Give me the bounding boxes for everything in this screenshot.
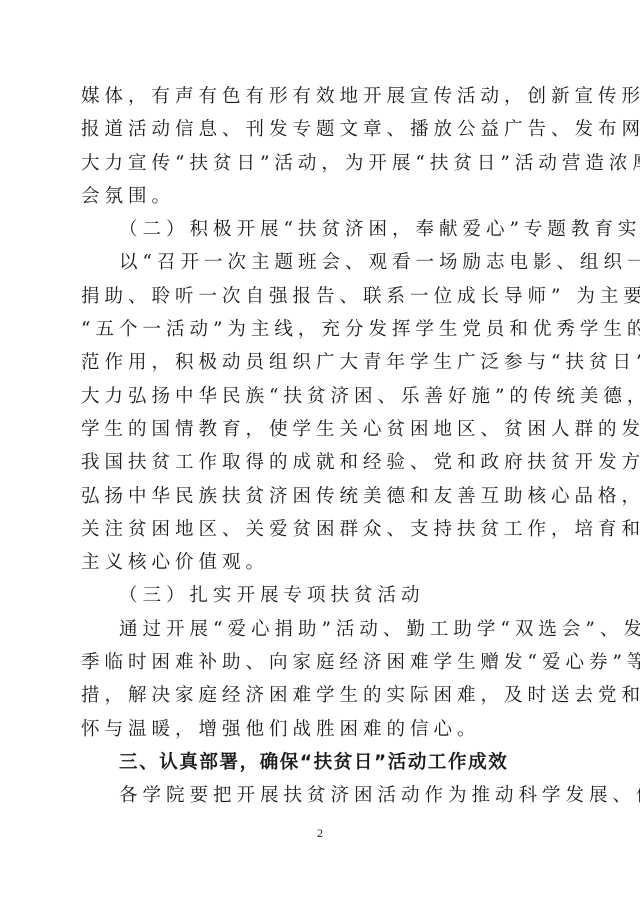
text-line: 关注贫困地区、关爱贫困群众、支持扶贫工作，培育和践行社会 [81, 513, 563, 546]
text-line: 通过开展“爱心捐助”活动、勤工助学“双选会”、发放秋 [81, 613, 563, 646]
text-line: 主义核心价值观。 [81, 546, 563, 579]
document-page: 媒体，有声有色有形有效地开展宣传活动，创新宣传形式，通过 报道活动信息、刊发专题… [0, 0, 640, 905]
text-line: 怀与温暖，增强他们战胜困难的信心。 [81, 713, 563, 746]
subheading-special-poverty-activity: （三）扎实开展专项扶贫活动 [81, 579, 563, 612]
text-line: 大力宣传“扶贫日”活动，为开展“扶贫日”活动营造浓厚的社 [81, 147, 563, 180]
paragraph-five-ones: 以“召开一次主题班会、观看一场励志电影、组织一次爱心 捐助、聆听一次自强报告、联… [81, 246, 563, 579]
text-line: 学生的国情教育，使学生关心贫困地区、贫困人群的发展，了解 [81, 413, 563, 446]
section-heading-deployment: 三、认真部署，确保“扶贫日”活动工作成效 [81, 746, 563, 779]
paragraph-publicity-continuation: 媒体，有声有色有形有效地开展宣传活动，创新宣传形式，通过 报道活动信息、刊发专题… [81, 80, 563, 213]
document-body: 媒体，有声有色有形有效地开展宣传活动，创新宣传形式，通过 报道活动信息、刊发专题… [81, 80, 563, 813]
text-line: 报道活动信息、刊发专题文章、播放公益广告、发布网络资料等， [81, 113, 563, 146]
paragraph-college-requirements: 各学院要把开展扶贫济困活动作为推动科学发展、促进社会 [81, 779, 563, 812]
text-line: “五个一活动”为主线，充分发挥学生党员和优秀学生的先锋模 [81, 313, 563, 346]
text-line: 各学院要把开展扶贫济困活动作为推动科学发展、促进社会 [81, 779, 563, 812]
text-line: 弘扬中华民族扶贫济困传统美德和友善互助核心品格，激励学生 [81, 480, 563, 513]
text-line: 季临时困难补助、向家庭经济困难学生赠发“爱心券”等具体举 [81, 646, 563, 679]
subheading-education-activity: （二）积极开展“扶贫济困，奉献爱心”专题教育实践活动 [81, 213, 563, 246]
text-line: 捐助、聆听一次自强报告、联系一位成长导师” 为主要内容的 [81, 280, 563, 313]
text-line: 会氛围。 [81, 180, 563, 213]
text-line: 措，解决家庭经济困难学生的实际困难，及时送去党和人民的关 [81, 679, 563, 712]
text-line: 范作用，积极动员组织广大青年学生广泛参与“扶贫日”活动， [81, 346, 563, 379]
text-line: 以“召开一次主题班会、观看一场励志电影、组织一次爱心 [81, 246, 563, 279]
page-number: 2 [0, 826, 640, 841]
text-line: 大力弘扬中华民族“扶贫济困、乐善好施”的传统美德，加强对 [81, 380, 563, 413]
text-line: 我国扶贫工作取得的成就和经验、党和政府扶贫开发方针政策， [81, 446, 563, 479]
paragraph-special-aid: 通过开展“爱心捐助”活动、勤工助学“双选会”、发放秋 季临时困难补助、向家庭经济… [81, 613, 563, 746]
text-line: 媒体，有声有色有形有效地开展宣传活动，创新宣传形式，通过 [81, 80, 563, 113]
